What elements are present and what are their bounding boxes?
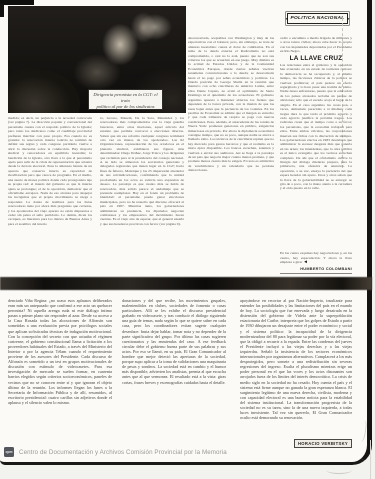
top-article-column-4: cedió o encamina a media brigada de mili… <box>280 36 352 274</box>
archive-footer: cpm Centro de Documentación y Archivos C… <box>4 446 227 458</box>
photo-shape-barrel <box>8 69 80 113</box>
closing-text: En las cuatro esquinas hay negociadores … <box>280 251 352 264</box>
archive-footer-label: Centro de Documentación y Archivos Comis… <box>19 449 227 456</box>
cpm-logo: cpm <box>4 447 14 457</box>
top-article-body: Las relaciones entre el gobierno y la op… <box>280 63 352 250</box>
archive-page-viewer: Dirigencia peronista en la CGT: el trato… <box>0 0 375 479</box>
scan-artifact-arc <box>326 466 352 474</box>
top-article-closing-line: En las cuatro esquinas hay negociadores … <box>280 251 352 264</box>
top-article-column-1: medida; es decir, un perjuicio a la nove… <box>8 116 92 274</box>
scanned-newspaper-page: Dirigencia peronista en la CGT: el trato… <box>0 0 372 465</box>
top-article-column-3: desconcertada, aceptables con Washington… <box>188 36 274 266</box>
scan-artifact-left-edge <box>0 4 4 17</box>
badge-arrow-left-icon: ◄ <box>285 17 289 21</box>
section-badge: ◄ POLITICA NACIONAL ► <box>287 13 348 24</box>
bottom-article-column-2: donaciones y del que recibe, los movimie… <box>122 298 226 448</box>
bottom-article-column-1: denciado Viña Regina: ¿no acaso esos apl… <box>8 298 112 448</box>
photo-caption-line1: Dirigencia peronista en la CGT: el trato <box>91 92 160 104</box>
bottom-article-column-3: apoyándose en recortar al par Nación-Imp… <box>240 298 352 448</box>
section-badge-label: POLITICA NACIONAL <box>291 16 345 21</box>
byline-bottom-article: HORACIO VERBITSKY <box>294 439 352 448</box>
end-of-article-mark-icon: ◄ <box>303 259 308 264</box>
article-photo: Dirigencia peronista en la CGT: el trato… <box>8 6 186 113</box>
byline-top-article: HUMBERTO COLOMBANI <box>280 267 352 271</box>
top-article-intro: cedió o encamina a media brigada de mili… <box>280 36 352 54</box>
photo-shape-highlight <box>138 14 172 40</box>
badge-arrow-right-icon: ► <box>346 17 350 21</box>
article-heading: LA LLAVE CRUZ <box>280 57 352 61</box>
scan-artifact-top-bar <box>0 0 34 5</box>
scan-artifact-edge-line <box>370 440 371 479</box>
photo-caption: Dirigencia peronista en la CGT: el trato… <box>88 89 163 110</box>
scan-fold-dark-band <box>0 277 372 290</box>
bottom-article-body: apoyándose en recortar al par Nación-Imp… <box>240 298 352 437</box>
top-article-column-2: ro, Grosso, Manem, De la Sota, Menéndez … <box>100 116 184 274</box>
photo-caption-line2: político al par de los sindicatos <box>91 104 160 110</box>
